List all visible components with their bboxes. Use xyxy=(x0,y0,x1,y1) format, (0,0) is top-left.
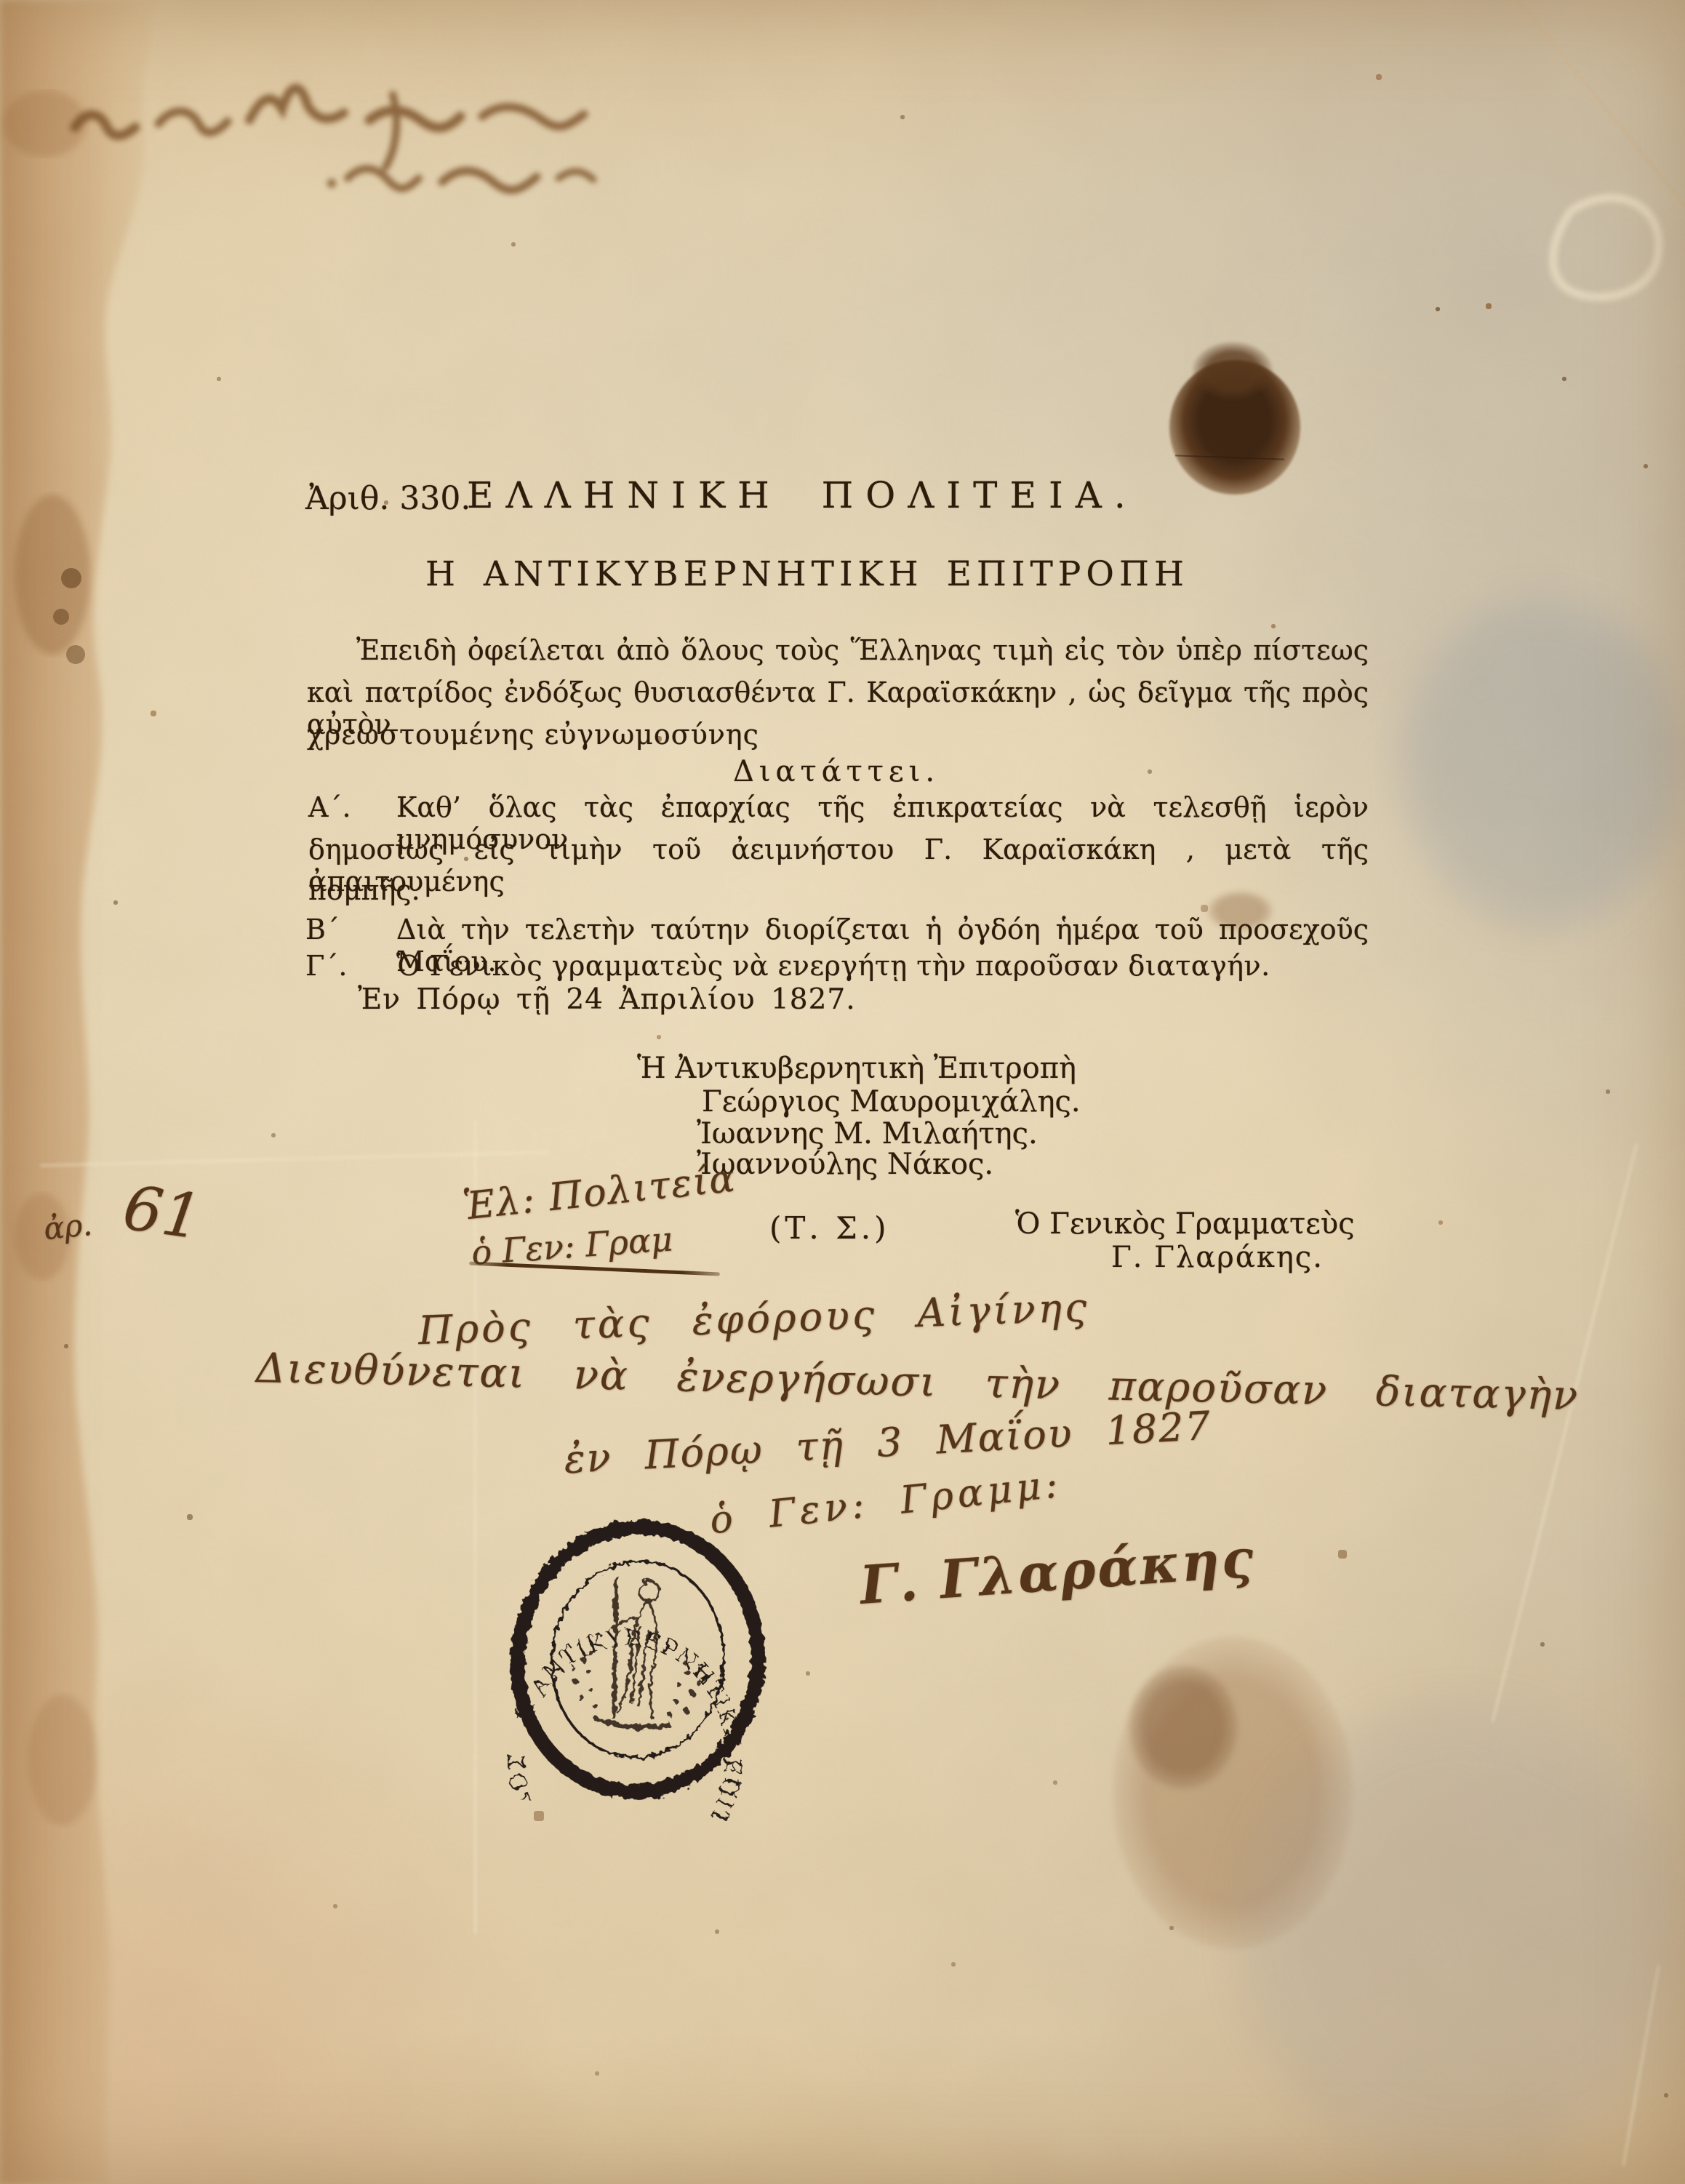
scanned-document-page: Ἀριθ. 330. ΕΛΛΗΝΙΚΗ ΠΟΛΙΤΕΙΑ. Η ΑΝΤΙΚΥΒΕ… xyxy=(0,0,1685,2184)
edge-vignette xyxy=(0,0,1685,2184)
